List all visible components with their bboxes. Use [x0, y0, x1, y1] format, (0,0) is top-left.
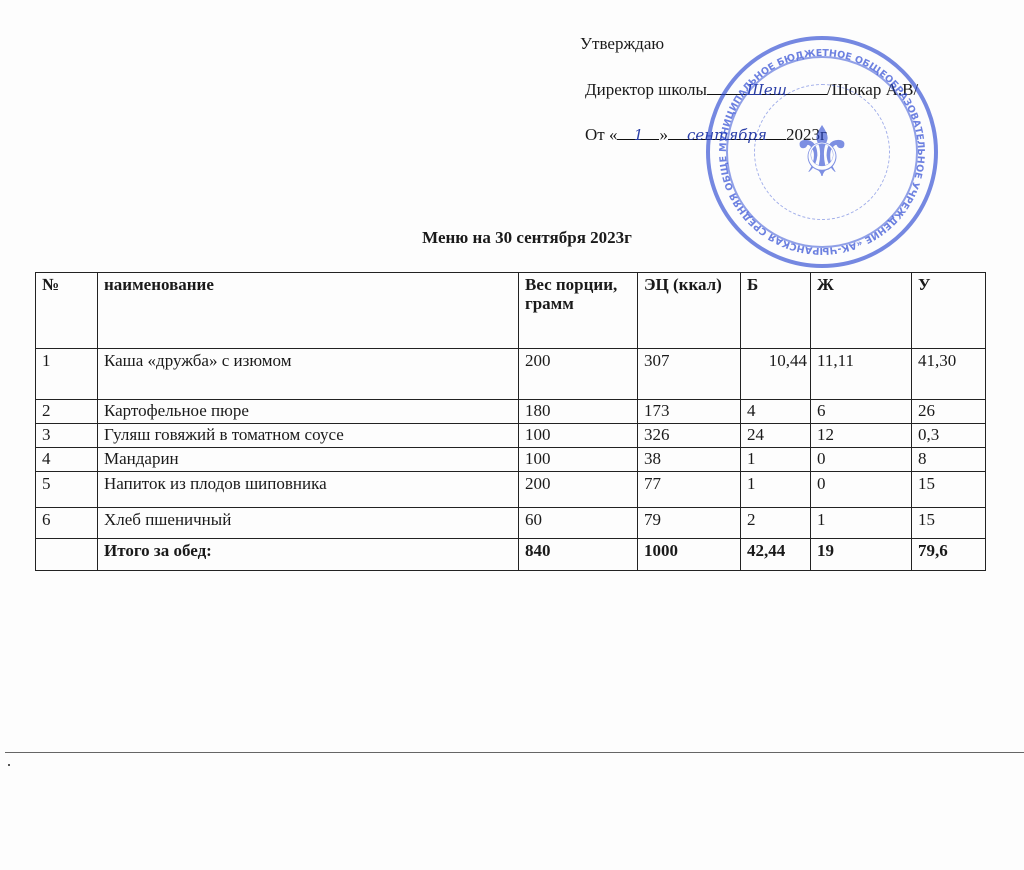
table-row: 2 Картофельное пюре 180 173 4 6 26	[36, 400, 986, 424]
header-protein: Б	[741, 273, 811, 349]
cell-kcal: 38	[638, 448, 741, 472]
cell-name: Гуляш говяжий в томатном соусе	[98, 424, 519, 448]
cell-kcal: 79	[638, 508, 741, 539]
cell-kcal: 173	[638, 400, 741, 424]
cell-fat: 12	[811, 424, 912, 448]
cell-fat: 11,11	[811, 349, 912, 400]
cell-fat: 1	[811, 508, 912, 539]
cell-carbs: 26	[912, 400, 986, 424]
cell-name: Каша «дружба» с изюмом	[98, 349, 519, 400]
cell-weight: 100	[519, 424, 638, 448]
total-label: Итого за обед:	[98, 539, 519, 571]
date-day-field: 1	[617, 125, 659, 140]
date-quote: »	[659, 125, 668, 144]
scan-speck	[8, 764, 10, 766]
cell-protein: 2	[741, 508, 811, 539]
director-line: Директор школыШеш/Шокар А.В/	[585, 80, 918, 100]
signature-line: Шеш	[707, 80, 827, 95]
table-row: 1 Каша «дружба» с изюмом 200 307 10,44 1…	[36, 349, 986, 400]
cell-number: 6	[36, 508, 98, 539]
date-month: сентября	[687, 126, 767, 144]
date-prefix: От «	[585, 125, 617, 144]
table-row: 3 Гуляш говяжий в томатном соусе 100 326…	[36, 424, 986, 448]
date-year: 2023г	[786, 125, 827, 144]
header-weight: Вес порции, грамм	[519, 273, 638, 349]
header-kcal: ЭЦ (ккал)	[638, 273, 741, 349]
header-number: №	[36, 273, 98, 349]
cell-fat: 0	[811, 448, 912, 472]
cell-weight: 200	[519, 349, 638, 400]
cell-name: Напиток из плодов шиповника	[98, 472, 519, 508]
approval-date: От «1»сентября2023г	[585, 125, 827, 145]
cell-carbs: 15	[912, 472, 986, 508]
cell-protein: 1	[741, 472, 811, 508]
total-number	[36, 539, 98, 571]
cell-name: Картофельное пюре	[98, 400, 519, 424]
cell-carbs: 8	[912, 448, 986, 472]
table-row: 6 Хлеб пшеничный 60 79 2 1 15	[36, 508, 986, 539]
total-kcal: 1000	[638, 539, 741, 571]
cell-weight: 200	[519, 472, 638, 508]
table-row: 4 Мандарин 100 38 1 0 8	[36, 448, 986, 472]
cell-name: Хлеб пшеничный	[98, 508, 519, 539]
table-total-row: Итого за обед: 840 1000 42,44 19 79,6	[36, 539, 986, 571]
cell-weight: 100	[519, 448, 638, 472]
table-row: 5 Напиток из плодов шиповника 200 77 1 0…	[36, 472, 986, 508]
cell-number: 2	[36, 400, 98, 424]
menu-table: № наименование Вес порции, грамм ЭЦ (кка…	[35, 272, 986, 571]
approval-title: Утверждаю	[580, 34, 664, 54]
total-carbs: 79,6	[912, 539, 986, 571]
total-protein: 42,44	[741, 539, 811, 571]
cell-number: 3	[36, 424, 98, 448]
cell-kcal: 307	[638, 349, 741, 400]
header-fat: Ж	[811, 273, 912, 349]
director-signature: Шеш	[747, 81, 787, 99]
date-month-field: сентября	[668, 125, 786, 140]
cell-protein: 1	[741, 448, 811, 472]
coat-of-arms-icon: ⚜	[791, 111, 854, 193]
cell-weight: 180	[519, 400, 638, 424]
cell-fat: 6	[811, 400, 912, 424]
svg-text:МУНИЦИПАЛЬНОЕ БЮДЖЕТНОЕ ОБЩЕОБ: МУНИЦИПАЛЬНОЕ БЮДЖЕТНОЕ ОБЩЕОБРАЗОВАТЕЛЬ…	[710, 40, 926, 256]
cell-protein: 4	[741, 400, 811, 424]
cell-carbs: 0,3	[912, 424, 986, 448]
page-divider-line	[5, 752, 1024, 753]
header-carbs: У	[912, 273, 986, 349]
cell-kcal: 77	[638, 472, 741, 508]
cell-weight: 60	[519, 508, 638, 539]
document-title: Меню на 30 сентября 2023г	[0, 228, 1024, 248]
cell-number: 5	[36, 472, 98, 508]
cell-protein: 10,44	[741, 349, 811, 400]
table-header-row: № наименование Вес порции, грамм ЭЦ (кка…	[36, 273, 986, 349]
cell-name: Мандарин	[98, 448, 519, 472]
director-name: /Шокар А.В/	[827, 80, 918, 99]
cell-fat: 0	[811, 472, 912, 508]
cell-protein: 24	[741, 424, 811, 448]
date-day: 1	[634, 126, 644, 144]
cell-kcal: 326	[638, 424, 741, 448]
header-name: наименование	[98, 273, 519, 349]
cell-carbs: 41,30	[912, 349, 986, 400]
total-fat: 19	[811, 539, 912, 571]
cell-carbs: 15	[912, 508, 986, 539]
total-weight: 840	[519, 539, 638, 571]
cell-number: 4	[36, 448, 98, 472]
director-label: Директор школы	[585, 80, 707, 99]
cell-number: 1	[36, 349, 98, 400]
